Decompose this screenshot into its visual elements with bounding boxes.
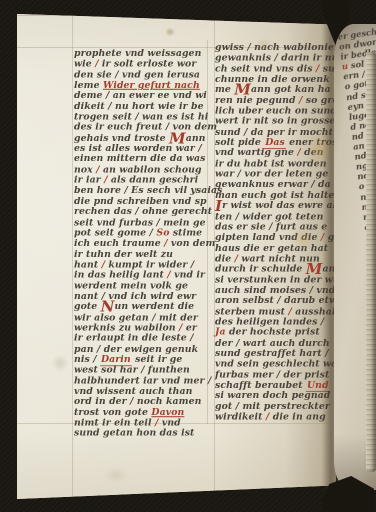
text-line: die / wart nicht nun xyxy=(215,254,337,265)
ink-text: prophete vnd weissagen xyxy=(74,48,201,59)
text-line: sund / da per ir mocht xyxy=(215,127,337,138)
rubric-text: / xyxy=(96,164,100,175)
text-line: leme Wider gefurt nach xyxy=(74,81,208,92)
ink-text: dikeit / nu hort wie ir be xyxy=(74,101,204,112)
ink-text: seit ir ge xyxy=(132,354,183,365)
text-line: vnd wissent auch than xyxy=(74,387,208,398)
rubric-text: Darin xyxy=(100,354,132,366)
ink-text: werknis zu wabilon xyxy=(74,322,179,333)
ink-text: den sie / vnd gen ierusa xyxy=(74,69,200,80)
text-line: pot seit gome / So stime xyxy=(74,228,208,239)
ink-text: schafft beraubet xyxy=(215,380,306,391)
rubric-text: / xyxy=(179,322,183,333)
ink-text: solt pide xyxy=(215,137,264,148)
rubric-text: / xyxy=(297,147,301,158)
text-line: ch seit vnd vns dis / su xyxy=(215,64,337,75)
manuscript-left-page: prophete vnd weissagenwie / ir solt erlo… xyxy=(17,12,336,499)
text-line: des heiligen landes / xyxy=(215,317,337,328)
text-line: ich euch traume / von dem xyxy=(74,239,208,250)
ink-text: r wist wol das ewre al xyxy=(222,200,336,211)
text-line: hant / kumpt ir wider / xyxy=(74,260,208,271)
ruling-line-top xyxy=(17,15,333,16)
text-line: es ist alles worden war / xyxy=(74,144,208,155)
ruling-line-intercolumn-a xyxy=(207,40,208,424)
text-line: wir also getan / mit der xyxy=(74,313,208,324)
ink-text: nox xyxy=(74,164,96,175)
ink-text: von dem xyxy=(168,238,216,249)
ink-text: einen mittern die da was xyxy=(74,153,206,164)
text-line: wie / ir solt erloste wor xyxy=(74,60,208,71)
ink-text: deme / an ewer ee vnd wi xyxy=(74,90,207,101)
ink-text: ir solt erloste wor xyxy=(99,59,197,70)
text-line: ir erlaupt in die leste / xyxy=(74,334,208,345)
text-line: durch ir schulde Mann xyxy=(215,265,337,276)
text-line: gehais vnd troste Mann xyxy=(74,133,208,144)
text-line: den sie / vnd gen ierusa xyxy=(74,70,208,81)
text-column-right: gwiss / nach wabiloniergewanknis / darin… xyxy=(215,43,337,423)
ink-text: vnd ir xyxy=(171,270,205,281)
text-column-left: prophete vnd weissagenwie / ir solt erlo… xyxy=(74,49,208,439)
ink-text: auch sind moises / vnd xyxy=(215,285,335,296)
ink-text: wirdikeit xyxy=(215,411,266,422)
ink-text: nis / xyxy=(74,354,100,365)
ink-text: vnd wissent auch than xyxy=(74,386,192,397)
ink-text: den xyxy=(301,147,324,158)
ink-text: vnd xyxy=(158,417,180,428)
ink-text: leme xyxy=(74,80,103,91)
text-line: schafft beraubet Und xyxy=(215,381,337,392)
ink-text: ben hore / Es sech vil ysaias xyxy=(74,185,222,196)
ink-text: der hochste prist xyxy=(226,327,320,338)
ink-text: durch ir schulde xyxy=(215,264,306,275)
rubric-text: So xyxy=(156,227,169,238)
text-line: wert ir nit so in grosse xyxy=(215,117,337,128)
ink-text: gewanknis / darin ir nu xyxy=(215,53,338,64)
text-line: ben hore / Es sech vil ysaias xyxy=(74,186,208,197)
rubric-text: / xyxy=(167,270,171,281)
text-line: werknis zu wabilon / er xyxy=(74,323,208,334)
ink-text: ir tuhn der welt zu xyxy=(74,248,173,259)
ink-text: pot seit gome / xyxy=(74,227,156,238)
stain xyxy=(101,464,131,486)
ink-text: wir also getan / mit der xyxy=(74,312,198,323)
rubric-text: / xyxy=(299,95,303,106)
text-line: seit vnd furbas / mein ge xyxy=(74,218,208,229)
rubric-initial: M xyxy=(169,129,186,147)
text-line: die pnd schreiben vnd sp xyxy=(74,197,208,208)
text-line: war / vor der leten ge xyxy=(215,170,337,181)
ink-text: sund / da per ir mocht xyxy=(215,126,333,137)
rubric-text: Ja xyxy=(215,327,226,338)
ink-text: ir du habt ist worden xyxy=(215,158,327,169)
text-line: trogen seit / wan es ist hi xyxy=(74,112,208,123)
text-line: sterben must / ausshalb xyxy=(215,307,337,318)
text-line: werdent mein volk ge xyxy=(74,281,208,292)
rubric-text: / xyxy=(104,175,108,186)
ink-text: trogen seit / wan es ist hi xyxy=(74,111,208,122)
text-line: wirdikeit / die in ang xyxy=(215,412,337,423)
text-line: gwiss / nach wabilonier xyxy=(215,43,337,54)
rubric-text: Davon xyxy=(151,407,184,418)
ink-text: das er sie / furt aus e xyxy=(215,221,327,232)
text-line: der / wart auch durch xyxy=(215,338,337,349)
rubric-text: / xyxy=(288,306,292,317)
ink-text: die in ang xyxy=(269,411,325,422)
book-fore-edge xyxy=(366,52,376,472)
text-line: Ja der hochste prist xyxy=(215,328,337,339)
rubric-initial: M xyxy=(234,81,251,99)
text-line: halbhundert iar vnd mer / xyxy=(74,376,208,387)
rubric-text: / xyxy=(316,63,320,74)
text-line: in das heilig lant / vnd ir xyxy=(74,271,208,282)
ink-text: rechen das / ohne gerecht xyxy=(74,206,212,217)
stain xyxy=(163,26,177,38)
text-line: deme / an ewer ee vnd wi xyxy=(74,91,208,102)
ink-text: ch seit vnd vns dis xyxy=(215,63,316,74)
ink-text: me xyxy=(215,84,234,95)
ink-text: si waren doch pegnad xyxy=(215,390,330,401)
ink-text: war / vor der leten ge xyxy=(215,169,328,180)
ink-text: es ist alles worden war / xyxy=(74,143,202,154)
text-line: gipten land vnd die / ge xyxy=(215,233,337,244)
text-line: vnd sein geschlecht wart xyxy=(215,360,337,371)
text-line: Ir wist wol das ewre al xyxy=(215,201,337,212)
text-line: si waren doch pegnad xyxy=(215,391,337,402)
text-line: prophete vnd weissagen xyxy=(74,49,208,60)
rubric-text: Das xyxy=(264,137,286,149)
ink-text: un werdent die xyxy=(114,301,194,312)
ink-text: ann got kan ha xyxy=(251,84,331,95)
text-line: trost von gote Davon xyxy=(74,408,208,419)
text-line: pan / der ewigen genuk xyxy=(74,344,208,355)
ink-text: gipten land vnd die xyxy=(215,232,321,243)
ink-text: die pnd schreiben vnd sp xyxy=(74,196,207,207)
stain xyxy=(47,350,73,376)
text-line: chunne in die orwenk xyxy=(215,75,337,86)
ink-text: halbhundert iar vnd mer / xyxy=(74,375,211,386)
ink-text: gwiss / nach wabilonier xyxy=(215,42,339,53)
text-line: ir tuhn der welt zu xyxy=(74,249,208,260)
ink-text: wie xyxy=(74,59,95,70)
text-line: furbas mer / der prist xyxy=(215,370,337,381)
ink-text: gote xyxy=(74,301,101,312)
text-line: sund getan hon das ist xyxy=(74,429,208,440)
ink-text: west sol har / funthen xyxy=(74,364,190,375)
rubric-text: / xyxy=(235,253,239,264)
ink-text: stime xyxy=(170,227,203,238)
manuscript-photo: prophete vnd weissagenwie / ir solt erlo… xyxy=(0,0,376,512)
ink-text: furbas mer / der prist xyxy=(215,369,329,380)
ink-text: kumpt ir wider / xyxy=(105,259,194,270)
text-line: west sol har / funthen xyxy=(74,366,208,377)
text-line: ord in der / noch kamen xyxy=(74,397,208,408)
ink-text: haus die er getan hat xyxy=(215,242,328,253)
text-line: gewanknus erwar / da xyxy=(215,180,337,191)
ink-text: hant xyxy=(74,259,102,270)
rubric-initial: I xyxy=(215,197,222,215)
ink-text: des ir euch freut / von dem xyxy=(74,122,217,133)
text-line: gewanknis / darin ir nu xyxy=(215,54,337,65)
text-line: des ir euch freut / von dem xyxy=(74,123,208,134)
text-line: si verstunken in der wust / xyxy=(215,275,337,286)
ink-text: die xyxy=(215,253,235,264)
ruling-line-left-margin xyxy=(72,13,73,499)
text-line: einen mittern die da was xyxy=(74,155,208,166)
ink-text: trost von gote xyxy=(74,407,151,418)
ink-text: als dann geschri xyxy=(108,175,199,186)
text-line: haus die er getan hat xyxy=(215,243,337,254)
ink-text: ann xyxy=(186,132,206,143)
ink-text: ren nie pegund xyxy=(215,95,299,106)
ink-text: an wabilon schoug xyxy=(100,164,202,175)
ink-text: in das heilig lant xyxy=(74,270,167,281)
ink-text: sund getan hon das ist xyxy=(74,428,194,439)
ink-text: ten / wider got teten xyxy=(215,211,323,222)
ink-text: sterben must xyxy=(215,306,288,317)
ink-text: ir erlaupt in die leste / xyxy=(74,333,194,344)
text-line: nis / Darin seit ir ge xyxy=(74,355,208,366)
text-line: auch sind moises / vnd xyxy=(215,286,337,297)
stain xyxy=(253,36,275,52)
rubric-text: / xyxy=(266,411,270,422)
text-line: vnd wartig gne / den xyxy=(215,149,337,160)
ink-text: gewanknus erwar / da xyxy=(215,179,331,190)
text-line: man euch got ist halten / xyxy=(215,191,337,202)
ink-text: nimt ir ein teil xyxy=(74,417,155,428)
rubric-text: / xyxy=(95,59,99,70)
text-line: aron selbst / darub etwand xyxy=(215,296,337,307)
text-line: me Mann got kan ha xyxy=(215,85,337,96)
rubric-initial: N xyxy=(101,298,115,316)
text-line: rechen das / ohne gerecht xyxy=(74,207,208,218)
rubric-text: / xyxy=(155,417,159,428)
text-line: gote Nun werdent die xyxy=(74,302,208,313)
text-line: ren nie pegund / so gros xyxy=(215,96,337,107)
ink-text: seit vnd furbas / mein ge xyxy=(74,217,206,228)
ink-text: wert ir nit so in grosse xyxy=(215,116,335,127)
text-line: ir iar / als dann geschri xyxy=(74,176,208,187)
rubric-text: / xyxy=(164,238,168,249)
ink-text: nant / vnd ich wird ewr xyxy=(74,291,196,302)
ink-text: werdent mein volk ge xyxy=(74,280,188,291)
ink-text: ich euch traume xyxy=(74,238,164,249)
ink-text: wart nicht nun xyxy=(238,253,320,264)
text-line: sund gestraffet hart / xyxy=(215,349,337,360)
ink-text: vnd wartig gne xyxy=(215,147,297,158)
ink-text: des heiligen landes / xyxy=(215,316,324,327)
ruling-line-intercolumn-b xyxy=(214,13,215,499)
text-line: nimt ir ein teil / vnd xyxy=(74,418,208,429)
text-line: ir du habt ist worden xyxy=(215,159,337,170)
ink-text: ir iar xyxy=(74,175,104,186)
rubric-text: Wider gefurt nach xyxy=(103,80,200,91)
text-line: nox / an wabilon schoug xyxy=(74,165,208,176)
ink-text: got / mit perstreckter xyxy=(215,401,330,412)
text-line: solt pide Das ener trost xyxy=(215,138,337,149)
ink-text: ord in der / noch kamen xyxy=(74,396,201,407)
ink-text: gehais vnd troste xyxy=(74,132,169,143)
rubric-text: / xyxy=(102,259,106,270)
ink-text: sund gestraffet hart / xyxy=(215,348,329,359)
text-line: nant / vnd ich wird ewr xyxy=(74,292,208,303)
rubric-initial: M xyxy=(306,260,323,278)
text-line: got / mit perstreckter xyxy=(215,402,337,413)
ink-text: der / wart auch durch xyxy=(215,337,330,348)
text-line: lich uber euch on sund / xyxy=(215,106,337,117)
ruling-line-bottom xyxy=(17,423,336,424)
ink-text: pan / der ewigen genuk xyxy=(74,343,198,354)
ink-text: chunne in die orwenk xyxy=(215,74,330,85)
text-line: ten / wider got teten xyxy=(215,212,337,223)
ink-text: er xyxy=(182,322,196,333)
ruling-line-header xyxy=(17,47,336,48)
text-line: das er sie / furt aus e xyxy=(215,222,337,233)
text-line: dikeit / nu hort wie ir be xyxy=(74,102,208,113)
